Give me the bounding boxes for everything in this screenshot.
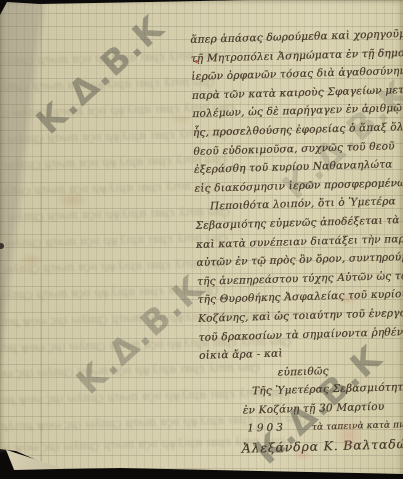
- scanned-letter-page: { "document": { "kind": "scanned handwri…: [0, 0, 403, 479]
- margin-rule-line: [41, 2, 42, 462]
- year-value: 1903: [247, 419, 286, 439]
- manuscript-body: ἅπερ ἁπάσας δωρούμεθα καὶ χορηγοῦμεν τῇ …: [190, 25, 403, 459]
- year-side-note: τὰ ταπεινὰ κατὰ πνεῦμα τέκνα: [312, 415, 403, 438]
